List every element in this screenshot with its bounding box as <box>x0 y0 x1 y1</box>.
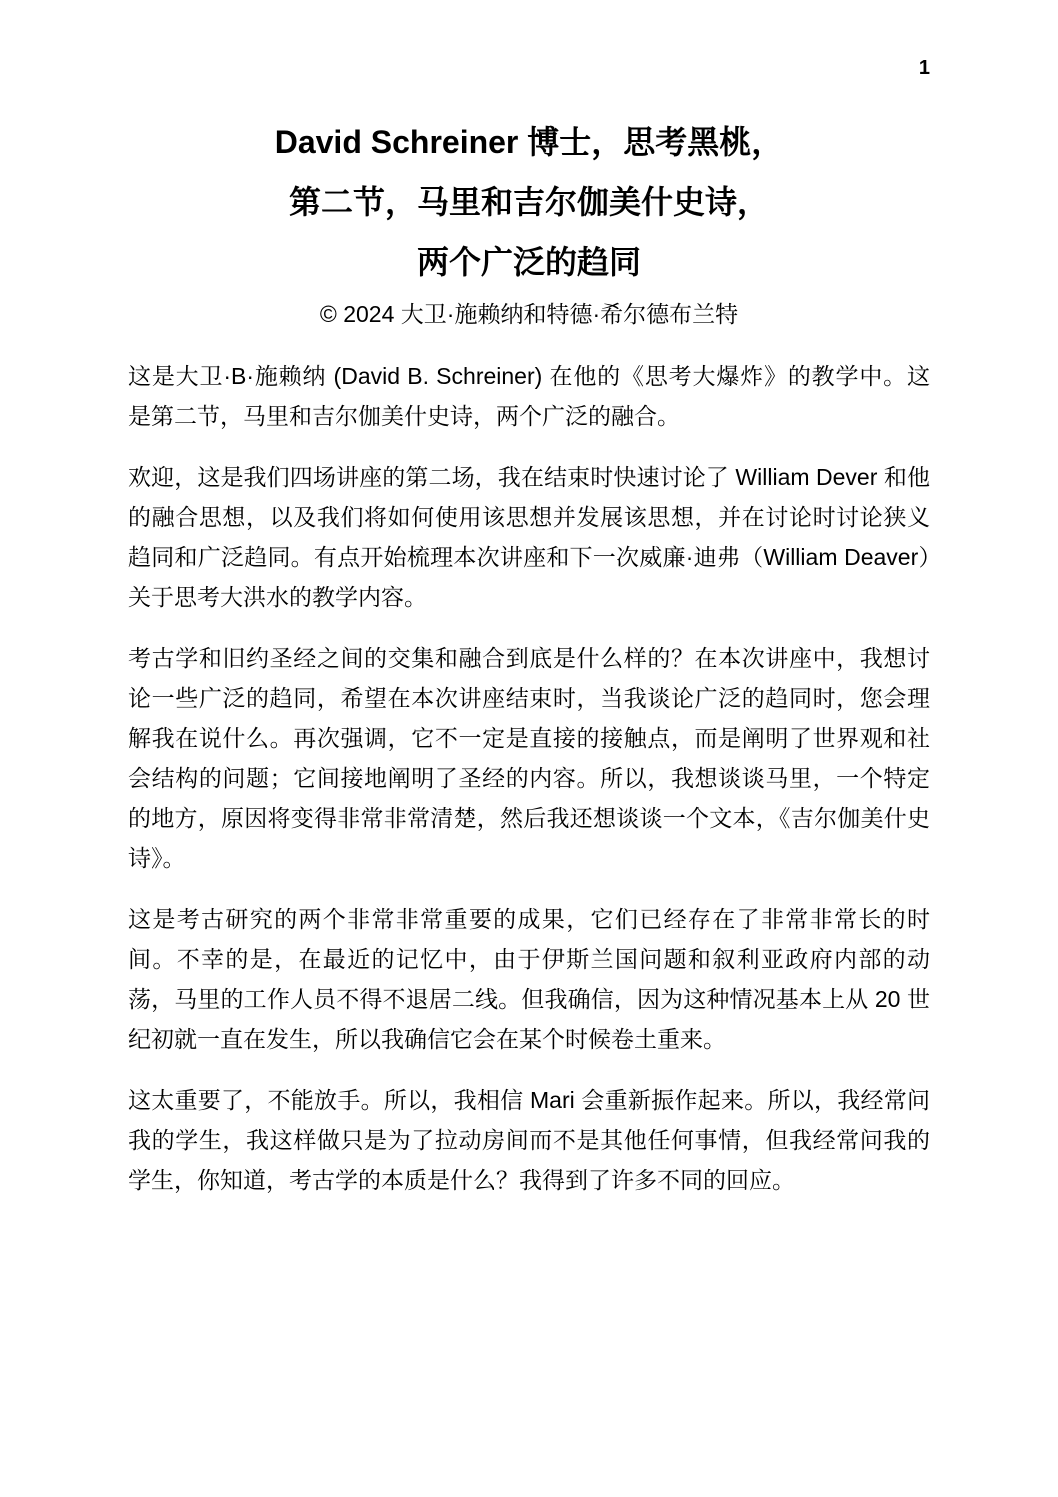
copyright-line: © 2024 大卫·施赖纳和特德·希尔德布兰特 <box>128 298 930 330</box>
document-title: David Schreiner 博士，思考黑桃， 第二节，马里和吉尔伽美什史诗，… <box>128 112 930 292</box>
page-content: 1 David Schreiner 博士，思考黑桃， 第二节，马里和吉尔伽美什史… <box>128 0 930 1200</box>
body-text: 这是大卫·B·施赖纳 (David B. Schreiner) 在他的《思考大爆… <box>128 356 930 1200</box>
title-line-2: 第二节，马里和吉尔伽美什史诗， <box>128 172 930 232</box>
paragraph-1: 这是大卫·B·施赖纳 (David B. Schreiner) 在他的《思考大爆… <box>128 356 930 436</box>
title-line-1: David Schreiner 博士，思考黑桃， <box>128 112 930 172</box>
paragraph-5: 这太重要了，不能放手。所以，我相信 Mari 会重新振作起来。所以，我经常问我的… <box>128 1080 930 1200</box>
paragraph-3: 考古学和旧约圣经之间的交集和融合到底是什么样的？在本次讲座中，我想讨论一些广泛的… <box>128 638 930 878</box>
paragraph-2: 欢迎，这是我们四场讲座的第二场，我在结束时快速讨论了 William Dever… <box>128 457 930 617</box>
document-page: 1 David Schreiner 博士，思考黑桃， 第二节，马里和吉尔伽美什史… <box>0 0 1058 1497</box>
title-line-3: 两个广泛的趋同 <box>128 232 930 292</box>
page-number: 1 <box>128 0 930 80</box>
paragraph-4: 这是考古研究的两个非常非常重要的成果，它们已经存在了非常非常长的时间。不幸的是，… <box>128 899 930 1059</box>
